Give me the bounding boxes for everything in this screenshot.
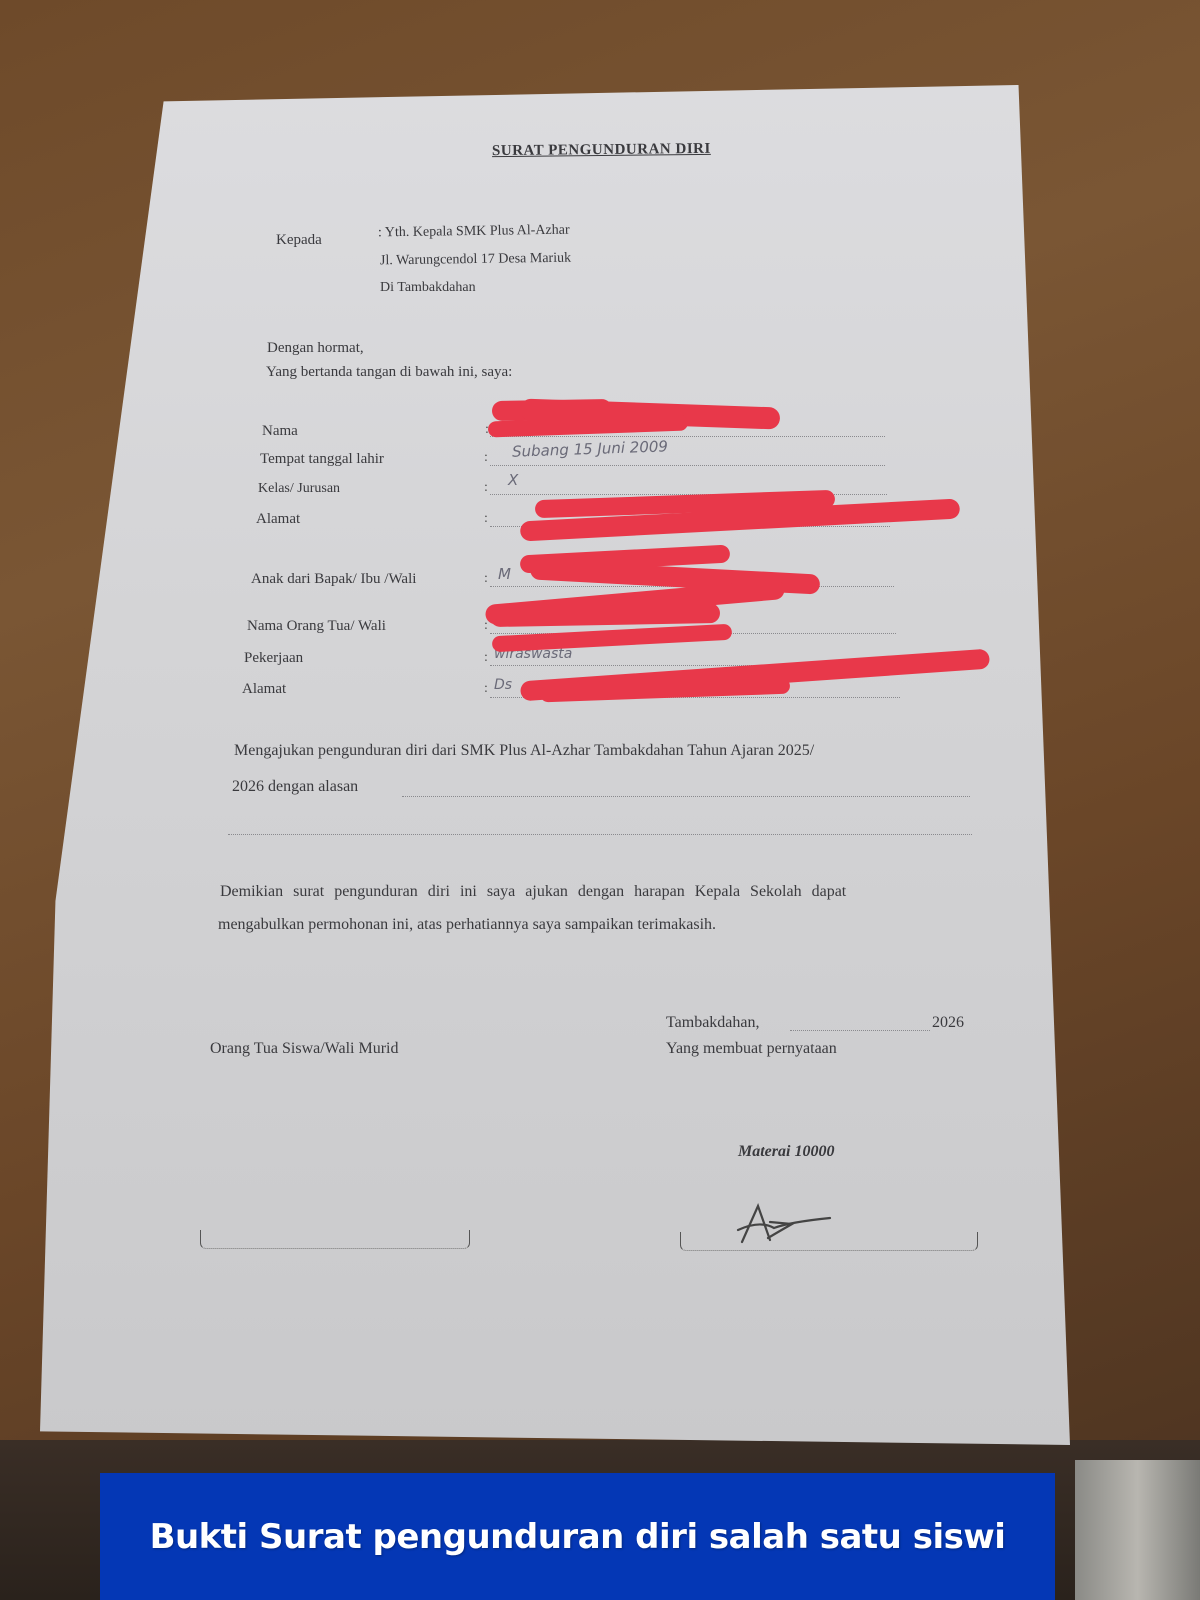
document-title: SURAT PENGUNDURAN DIRI — [492, 141, 711, 160]
addressee-line-1: : Yth. Kepala SMK Plus Al-Azhar — [378, 223, 570, 242]
colon: : — [484, 450, 488, 466]
date-year: 2026 — [932, 1014, 964, 1032]
colon: : — [484, 681, 488, 697]
field-value-kelas: X — [508, 471, 518, 489]
place-date: Tambakdahan, — [666, 1014, 760, 1032]
field-label-kelas: Kelas/ Jurusan — [258, 481, 340, 497]
reason-line-2 — [228, 834, 972, 835]
caption-text: Bukti Surat pengunduran diri salah satu … — [150, 1517, 1006, 1557]
intro-text: Yang bertanda tangan di bawah ini, saya: — [266, 364, 512, 381]
field-value-anak-dari: M — [498, 565, 511, 583]
field-label-alamat: Alamat — [256, 511, 300, 528]
field-line-ttl — [490, 465, 885, 466]
field-label-orang-tua: Nama Orang Tua/ Wali — [247, 618, 386, 635]
field-label-pekerjaan: Pekerjaan — [244, 650, 303, 667]
stamp-note: Materai 10000 — [738, 1143, 834, 1161]
caption-banner: Bukti Surat pengunduran diri salah satu … — [100, 1473, 1055, 1600]
closing-line-1: Demikian surat pengunduran diri ini saya… — [220, 883, 846, 901]
date-line — [790, 1030, 930, 1031]
redaction-mark — [490, 603, 720, 627]
colon: : — [484, 511, 488, 527]
field-label-alamat-ortu: Alamat — [242, 681, 286, 698]
field-label-ttl: Tempat tanggal lahir — [260, 451, 384, 468]
field-value-alamat-ortu: Ds — [494, 677, 512, 693]
greeting: Dengan hormat, — [267, 340, 364, 357]
colon: : — [484, 650, 488, 666]
background-object — [1075, 1460, 1200, 1600]
field-label-anak-dari: Anak dari Bapak/ Ibu /Wali — [251, 571, 416, 588]
statement-line-1: Mengajukan pengunduran diri dari SMK Plu… — [234, 742, 814, 760]
colon: : — [484, 480, 488, 496]
closing-line-2: mengabulkan permohonan ini, atas perhati… — [218, 916, 716, 934]
addressee-line-3: Di Tambakdahan — [380, 280, 476, 296]
student-signatory-label: Yang membuat pernyataan — [666, 1040, 837, 1058]
signature-scribble — [730, 1200, 840, 1250]
parent-signatory-label: Orang Tua Siswa/Wali Murid — [210, 1040, 399, 1058]
colon: : — [484, 571, 488, 587]
reason-line-1 — [402, 796, 970, 797]
parent-signature-line — [200, 1230, 470, 1249]
field-line-nama — [490, 436, 885, 437]
statement-line-2: 2026 dengan alasan — [232, 778, 358, 796]
addressee-line-2: Jl. Warungcendol 17 Desa Mariuk — [380, 251, 571, 270]
addressee-label: Kepada — [276, 232, 322, 249]
field-label-nama: Nama — [262, 423, 298, 440]
